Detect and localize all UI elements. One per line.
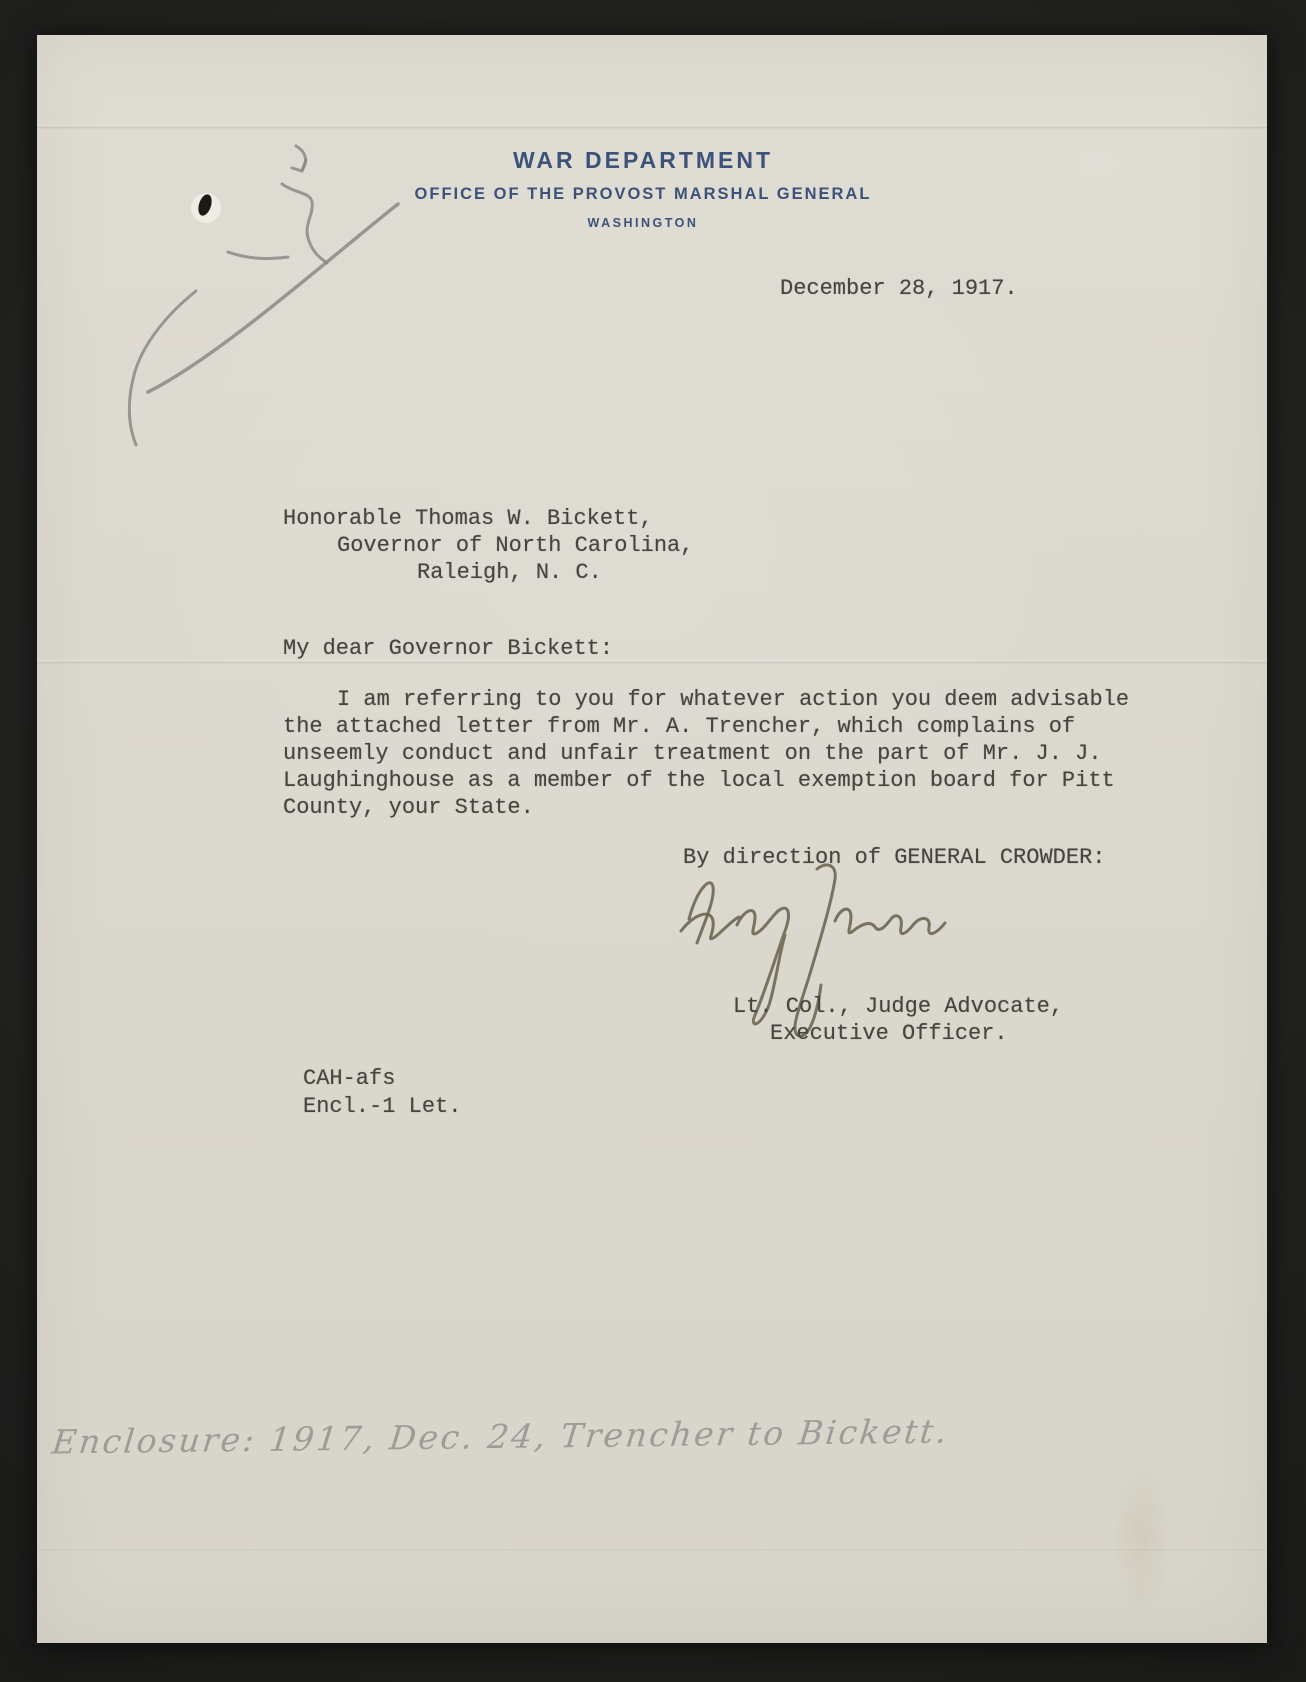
body-line: Laughinghouse as a member of the local e…	[283, 767, 1129, 794]
pencil-diagonal-line	[148, 204, 398, 392]
fold-crease-middle	[37, 660, 1267, 664]
enclosure-line: Encl.-1 Let.	[303, 1093, 461, 1120]
date-line: December 28, 1917.	[780, 275, 1018, 302]
letterhead: WAR DEPARTMENT OFFICE OF THE PROVOST MAR…	[28, 147, 1258, 230]
authority-line: By direction of GENERAL CROWDER:	[683, 844, 1105, 871]
signer-title-line: Lt. Col., Judge Advocate,	[733, 993, 1063, 1020]
body-line: unseemly conduct and unfair treatment on…	[283, 740, 1129, 767]
letter-page: WAR DEPARTMENT OFFICE OF THE PROVOST MAR…	[37, 35, 1267, 1643]
recipient-line: Honorable Thomas W. Bickett,	[283, 505, 693, 532]
signature-stroke	[689, 883, 713, 943]
fold-crease-bottom	[37, 1547, 1267, 1551]
letterhead-city: WASHINGTON	[28, 216, 1258, 230]
signer-title-line: Executive Officer.	[770, 1020, 1008, 1047]
letterhead-office: OFFICE OF THE PROVOST MARSHAL GENERAL	[28, 185, 1258, 204]
body-line: the attached letter from Mr. A. Trencher…	[283, 713, 1129, 740]
salutation: My dear Governor Bickett:	[283, 635, 613, 662]
recipient-line: Governor of North Carolina,	[337, 532, 693, 559]
archival-annotation: Enclosure: 1917, Dec. 24, Trencher to Bi…	[50, 1412, 951, 1462]
recipient-line: Raleigh, N. C.	[417, 559, 693, 586]
signature-stroke	[835, 909, 945, 934]
photo-background: WAR DEPARTMENT OFFICE OF THE PROVOST MAR…	[0, 0, 1306, 1682]
pencil-dash	[228, 252, 288, 259]
typist-initials: CAH-afs	[303, 1065, 395, 1092]
letterhead-department: WAR DEPARTMENT	[28, 147, 1258, 174]
signature-stroke	[681, 914, 739, 939]
pencil-left-curve	[129, 291, 196, 445]
fold-crease-top	[37, 125, 1267, 129]
body-line: I am referring to you for whatever actio…	[283, 686, 1129, 713]
recipient-address: Honorable Thomas W. Bickett, Governor of…	[283, 505, 693, 586]
letter-body: I am referring to you for whatever actio…	[283, 686, 1129, 821]
body-line: County, your State.	[283, 794, 1129, 821]
